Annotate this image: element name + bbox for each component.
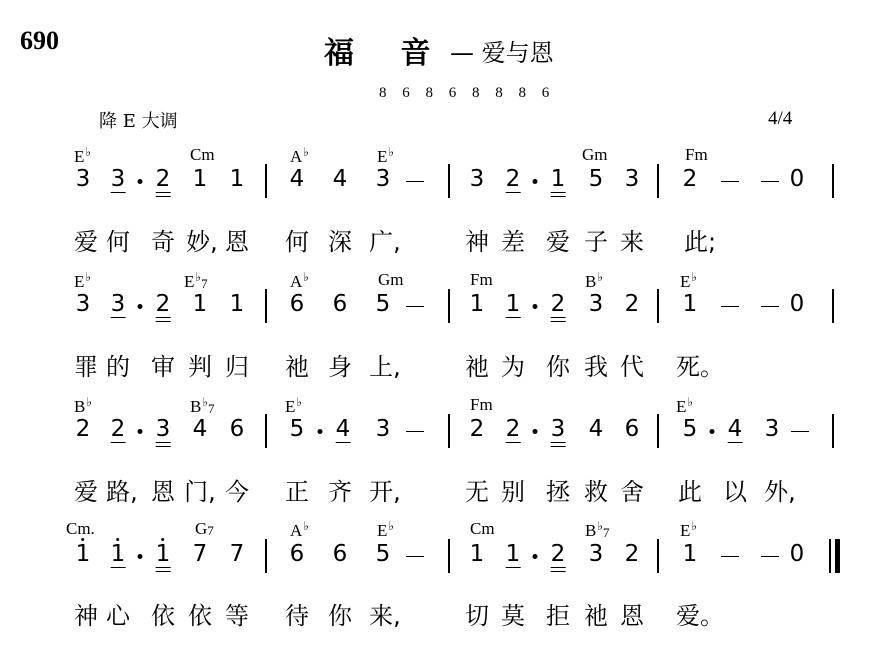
lyric-syllable: 莫 <box>501 596 525 631</box>
bar-line <box>265 289 267 323</box>
bar-line <box>448 164 450 198</box>
bar-line <box>448 414 450 448</box>
jianpu-note: 2 <box>551 292 566 318</box>
lyric-syllable: 子 <box>584 222 608 257</box>
jianpu-note: 6 <box>625 417 640 442</box>
lyric-syllable: 无 <box>465 472 489 507</box>
lyric-syllable: 爱 <box>74 472 98 507</box>
chord-symbol: Fm <box>685 145 708 165</box>
augmentation-dot <box>138 429 143 434</box>
chord-symbol: Fm <box>470 270 493 290</box>
lyric-syllable: 你 <box>546 347 570 382</box>
bar-line <box>265 414 267 448</box>
extension-dash <box>761 556 779 557</box>
meter: 8 6 8 6 8 8 8 6 <box>379 85 555 102</box>
jianpu-note: 1 <box>76 542 91 567</box>
jianpu-note: 7 <box>230 542 245 567</box>
bar-line <box>265 164 267 198</box>
jianpu-note: 2 <box>506 417 521 443</box>
hymn-number: 690 <box>20 26 59 56</box>
augmentation-dot <box>138 179 143 184</box>
jianpu-note: 2 <box>551 542 566 568</box>
hymn-subtitle: — 爱与恩 <box>450 33 554 68</box>
chord-symbol: Gm <box>378 270 404 290</box>
extension-dash <box>721 306 739 307</box>
chord-symbol: Cm <box>470 519 495 539</box>
jianpu-note: 4 <box>333 167 348 192</box>
chord-symbol: E♭ <box>74 270 91 292</box>
lyric-syllable: 归 <box>225 347 249 382</box>
jianpu-note: 6 <box>290 542 305 567</box>
augmentation-dot <box>533 554 538 559</box>
jianpu-note: 5 <box>290 417 305 442</box>
lyric-syllable: 祂 <box>465 347 489 382</box>
lyric-syllable: 神 <box>465 222 489 257</box>
lyric-syllable: 等 <box>225 596 249 631</box>
chord-symbol: E♭ <box>676 395 693 417</box>
lyric-syllable: 拯 <box>546 472 570 507</box>
extension-dash <box>406 181 424 182</box>
jianpu-note: 2 <box>156 167 171 193</box>
jianpu-note: 7 <box>193 542 208 567</box>
time-signature: 4/4 <box>768 108 792 130</box>
lyric-syllable: 罪 <box>74 347 98 382</box>
bar-line <box>265 539 267 573</box>
hymn-title: 福 音 <box>324 28 448 72</box>
chord-symbol: B♭7 <box>585 519 610 541</box>
bar-line <box>832 164 834 198</box>
lyric-syllable: 舍 <box>620 472 644 507</box>
jianpu-note: 1 <box>683 542 698 567</box>
lyric-syllable: 依 <box>188 596 212 631</box>
flat-icon: ♭ <box>303 519 309 533</box>
lyric-syllable: 门, <box>184 472 216 507</box>
jianpu-note: 0 <box>790 167 805 192</box>
octave-dot <box>161 538 164 541</box>
jianpu-note: 2 <box>111 417 126 443</box>
extension-dash <box>791 431 809 432</box>
jianpu-note: 1 <box>156 542 171 568</box>
extension-dash <box>406 306 424 307</box>
jianpu-note: 4 <box>336 417 351 443</box>
jianpu-note: 2 <box>156 292 171 318</box>
lyric-syllable: 奇 <box>151 222 175 257</box>
jianpu-note: 1 <box>230 292 245 317</box>
jianpu-note: 4 <box>589 417 604 442</box>
jianpu-note: 3 <box>765 417 780 442</box>
chord-symbol: E♭ <box>285 395 302 417</box>
jianpu-note: 6 <box>333 542 348 567</box>
jianpu-note: 1 <box>506 542 521 568</box>
jianpu-note: 3 <box>111 292 126 318</box>
lyric-syllable: 正 <box>285 472 309 507</box>
jianpu-note: 1 <box>193 167 208 192</box>
bar-line <box>448 289 450 323</box>
lyric-syllable: 以 <box>723 472 747 507</box>
jianpu-note: 2 <box>506 167 521 193</box>
jianpu-note: 4 <box>290 167 305 192</box>
jianpu-note: 2 <box>625 292 640 317</box>
jianpu-note: 3 <box>156 417 171 443</box>
lyric-syllable: 的 <box>106 347 130 382</box>
lyric-syllable: 路, <box>106 472 138 507</box>
lyric-syllable: 此 <box>678 472 702 507</box>
jianpu-note: 2 <box>76 417 91 442</box>
lyric-syllable: 来 <box>620 222 644 257</box>
jianpu-note: 3 <box>589 292 604 317</box>
lyric-syllable: 深 <box>328 222 352 257</box>
jianpu-note: 3 <box>376 417 391 442</box>
chord-symbol: B♭7 <box>190 395 215 417</box>
extension-dash <box>761 306 779 307</box>
jianpu-note: 6 <box>290 292 305 317</box>
bar-line <box>657 414 659 448</box>
flat-icon: ♭ <box>388 519 394 533</box>
chord-symbol: A♭ <box>290 519 309 541</box>
extension-dash <box>406 431 424 432</box>
jianpu-note: 5 <box>683 417 698 442</box>
jianpu-note: 5 <box>376 542 391 567</box>
lyric-syllable: 爱。 <box>676 596 724 631</box>
lyric-syllable: 爱 <box>74 222 98 257</box>
flat-icon: ♭ <box>303 270 309 284</box>
chord-symbol: E♭ <box>680 270 697 292</box>
chord-symbol: B♭ <box>74 395 92 417</box>
octave-dot <box>116 538 119 541</box>
jianpu-note: 2 <box>625 542 640 567</box>
extension-dash <box>721 556 739 557</box>
jianpu-note: 3 <box>551 417 566 443</box>
jianpu-note: 3 <box>76 292 91 317</box>
jianpu-note: 1 <box>551 167 566 193</box>
chord-symbol: A♭ <box>290 270 309 292</box>
jianpu-note: 3 <box>376 167 391 192</box>
chord-symbol: E♭ <box>74 145 91 167</box>
chord-symbol: Cm <box>190 145 215 165</box>
jianpu-note: 3 <box>76 167 91 192</box>
flat-icon: ♭ <box>691 519 697 533</box>
jianpu-note: 5 <box>589 167 604 192</box>
flat-icon: ♭ <box>388 145 394 159</box>
lyric-syllable: 恩 <box>620 596 644 631</box>
lyric-syllable: 开, <box>369 472 401 507</box>
lyric-syllable: 外, <box>764 472 796 507</box>
lyric-syllable: 你 <box>328 596 352 631</box>
jianpu-note: 4 <box>193 417 208 442</box>
lyric-syllable: 为 <box>501 347 525 382</box>
lyric-syllable: 别 <box>501 472 525 507</box>
flat-icon: ♭ <box>85 145 91 159</box>
augmentation-dot <box>533 304 538 309</box>
jianpu-note: 1 <box>506 292 521 318</box>
key-signature: 降 E 大调 <box>99 107 178 133</box>
jianpu-note: 3 <box>111 167 126 193</box>
jianpu-note: 3 <box>625 167 640 192</box>
lyric-syllable: 心 <box>106 596 130 631</box>
augmentation-dot <box>533 429 538 434</box>
chord-symbol: Fm <box>470 395 493 415</box>
jianpu-note: 1 <box>470 542 485 567</box>
flat-icon: ♭ <box>86 395 92 409</box>
chord-symbol: Cm. <box>66 519 95 539</box>
lyric-syllable: 广, <box>369 222 401 257</box>
flat-icon: ♭ <box>597 270 603 284</box>
jianpu-note: 1 <box>683 292 698 317</box>
bar-line <box>832 289 834 323</box>
jianpu-note: 6 <box>333 292 348 317</box>
chord-symbol: G7 <box>195 519 214 539</box>
augmentation-dot <box>138 554 143 559</box>
chord-symbol: E♭7 <box>184 270 208 292</box>
jianpu-note: 3 <box>470 167 485 192</box>
bar-line <box>448 539 450 573</box>
jianpu-note: 0 <box>790 542 805 567</box>
lyric-syllable: 救 <box>584 472 608 507</box>
lyric-syllable: 来, <box>369 596 401 631</box>
flat-icon: ♭ <box>296 395 302 409</box>
lyric-syllable: 死。 <box>676 347 724 382</box>
chord-symbol: E♭ <box>377 145 394 167</box>
flat-icon: ♭ <box>303 145 309 159</box>
chord-symbol: E♭ <box>680 519 697 541</box>
lyric-syllable: 审 <box>151 347 175 382</box>
lyric-syllable: 代 <box>620 347 644 382</box>
lyric-syllable: 妙, <box>186 222 218 257</box>
lyric-syllable: 身 <box>328 347 352 382</box>
lyric-syllable: 齐 <box>328 472 352 507</box>
jianpu-note: 6 <box>230 417 245 442</box>
chord-symbol: E♭ <box>377 519 394 541</box>
jianpu-note: 2 <box>470 417 485 442</box>
bar-line <box>829 539 831 573</box>
augmentation-dot <box>318 429 323 434</box>
jianpu-note: 0 <box>790 292 805 317</box>
lyric-syllable: 爱 <box>546 222 570 257</box>
lyric-syllable: 恩 <box>225 222 249 257</box>
octave-dot <box>81 538 84 541</box>
jianpu-note: 2 <box>683 167 698 192</box>
jianpu-note: 1 <box>193 292 208 317</box>
jianpu-note: 1 <box>111 542 126 568</box>
extension-dash <box>761 181 779 182</box>
jianpu-note: 1 <box>470 292 485 317</box>
lyric-syllable: 我 <box>584 347 608 382</box>
jianpu-note: 5 <box>376 292 391 317</box>
final-bar-line <box>835 539 840 573</box>
jianpu-note: 1 <box>230 167 245 192</box>
chord-symbol: B♭ <box>585 270 603 292</box>
lyric-syllable: 待 <box>285 596 309 631</box>
lyric-syllable: 今 <box>225 472 249 507</box>
lyric-syllable: 依 <box>151 596 175 631</box>
lyric-syllable: 切 <box>465 596 489 631</box>
flat-icon: ♭ <box>85 270 91 284</box>
jianpu-note: 4 <box>728 417 743 443</box>
lyric-syllable: 此; <box>684 222 716 257</box>
lyric-syllable: 差 <box>501 222 525 257</box>
bar-line <box>832 414 834 448</box>
bar-line <box>657 164 659 198</box>
bar-line <box>657 539 659 573</box>
lyric-syllable: 祂 <box>584 596 608 631</box>
flat-icon: ♭ <box>691 270 697 284</box>
lyric-syllable: 何 <box>285 222 309 257</box>
chord-symbol: A♭ <box>290 145 309 167</box>
lyric-syllable: 判 <box>188 347 212 382</box>
augmentation-dot <box>138 304 143 309</box>
flat-icon: ♭ <box>687 395 693 409</box>
lyric-syllable: 何 <box>106 222 130 257</box>
chord-symbol: Gm <box>582 145 608 165</box>
lyric-syllable: 神 <box>74 596 98 631</box>
lyric-syllable: 祂 <box>285 347 309 382</box>
lyric-syllable: 上, <box>369 347 401 382</box>
bar-line <box>657 289 659 323</box>
augmentation-dot <box>710 429 715 434</box>
extension-dash <box>721 181 739 182</box>
extension-dash <box>406 556 424 557</box>
jianpu-note: 3 <box>589 542 604 567</box>
lyric-syllable: 恩 <box>151 472 175 507</box>
augmentation-dot <box>533 179 538 184</box>
lyric-syllable: 拒 <box>546 596 570 631</box>
